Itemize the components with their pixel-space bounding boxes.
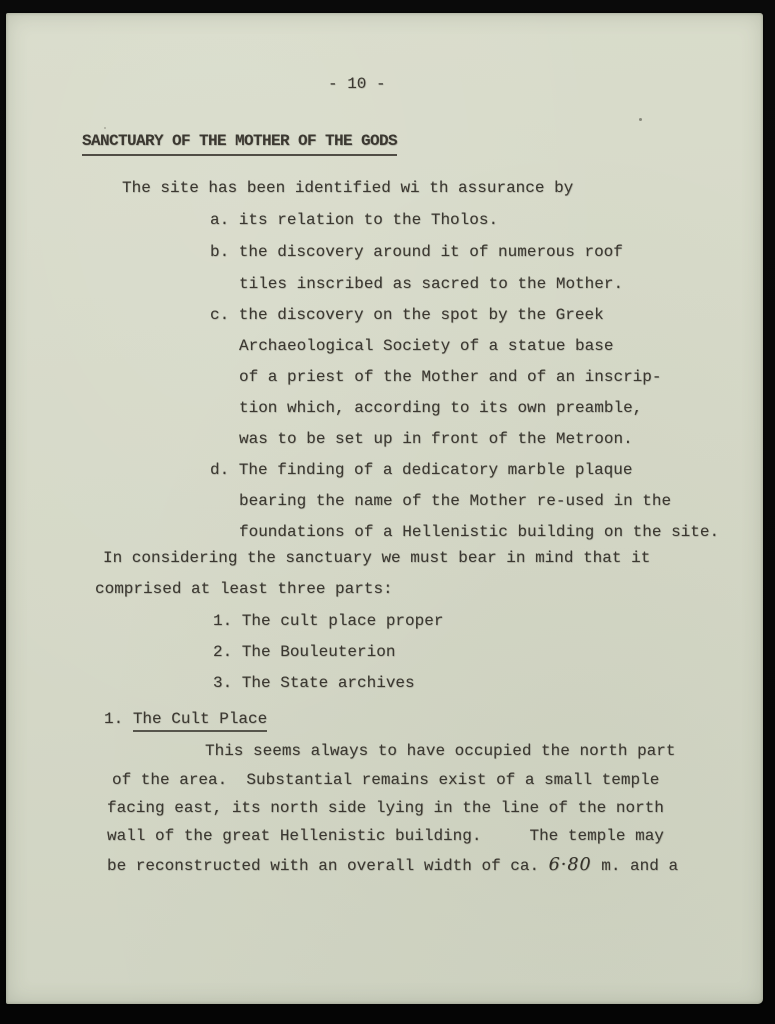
- list-item-c-line: of a priest of the Mother and of an insc…: [239, 367, 661, 387]
- numbered-item: 2. The Bouleuterion: [213, 642, 395, 662]
- typed-text: be reconstructed with an overall width o…: [107, 857, 549, 875]
- list-item-c-line: was to be set up in front of the Metroon…: [239, 429, 633, 449]
- list-item-a-line: a. its relation to the Tholos.: [210, 210, 498, 230]
- section-title: The Cult Place: [133, 710, 267, 732]
- list-item-d-line: d. The finding of a dedicatory marble pl…: [210, 460, 632, 480]
- list-item-b-line: b. the discovery around it of numerous r…: [210, 242, 623, 262]
- typed-text: m. and a: [592, 857, 678, 875]
- intro-line: The site has been identified wi th assur…: [122, 178, 573, 198]
- list-item-c-line: tion which, according to its own preambl…: [239, 398, 642, 418]
- section-number: 1.: [104, 710, 133, 728]
- scan-speck: [639, 118, 642, 121]
- paragraph-line: facing east, its north side lying in the…: [107, 798, 664, 818]
- scan-background: - 10 - SANCTUARY OF THE MOTHER OF THE GO…: [0, 0, 775, 1024]
- list-item-c-line: Archaeological Society of a statue base: [239, 336, 613, 356]
- paragraph-line: comprised at least three parts:: [95, 579, 393, 599]
- list-item-b-line: tiles inscribed as sacred to the Mother.: [239, 274, 623, 294]
- page-number: - 10 -: [328, 74, 386, 94]
- scan-speck: [104, 127, 106, 129]
- paragraph-line: This seems always to have occupied the n…: [205, 741, 675, 761]
- document-title: SANCTUARY OF THE MOTHER OF THE GODS: [82, 131, 397, 156]
- section-heading: 1. The Cult Place: [104, 709, 267, 729]
- list-item-c-line: c. the discovery on the spot by the Gree…: [210, 305, 604, 325]
- handwritten-measurement: 6·80: [549, 855, 592, 875]
- numbered-item: 3. The State archives: [213, 673, 415, 693]
- list-item-d-line: bearing the name of the Mother re-used i…: [239, 491, 671, 511]
- paragraph-line: In considering the sanctuary we must bea…: [103, 548, 650, 568]
- paragraph-line: of the area. Substantial remains exist o…: [112, 770, 659, 790]
- paragraph-line: wall of the great Hellenistic building. …: [107, 826, 664, 846]
- document-page: - 10 - SANCTUARY OF THE MOTHER OF THE GO…: [6, 13, 763, 1004]
- list-item-d-line: foundations of a Hellenistic building on…: [239, 522, 719, 542]
- paragraph-line: be reconstructed with an overall width o…: [107, 855, 678, 876]
- numbered-item: 1. The cult place proper: [213, 611, 443, 631]
